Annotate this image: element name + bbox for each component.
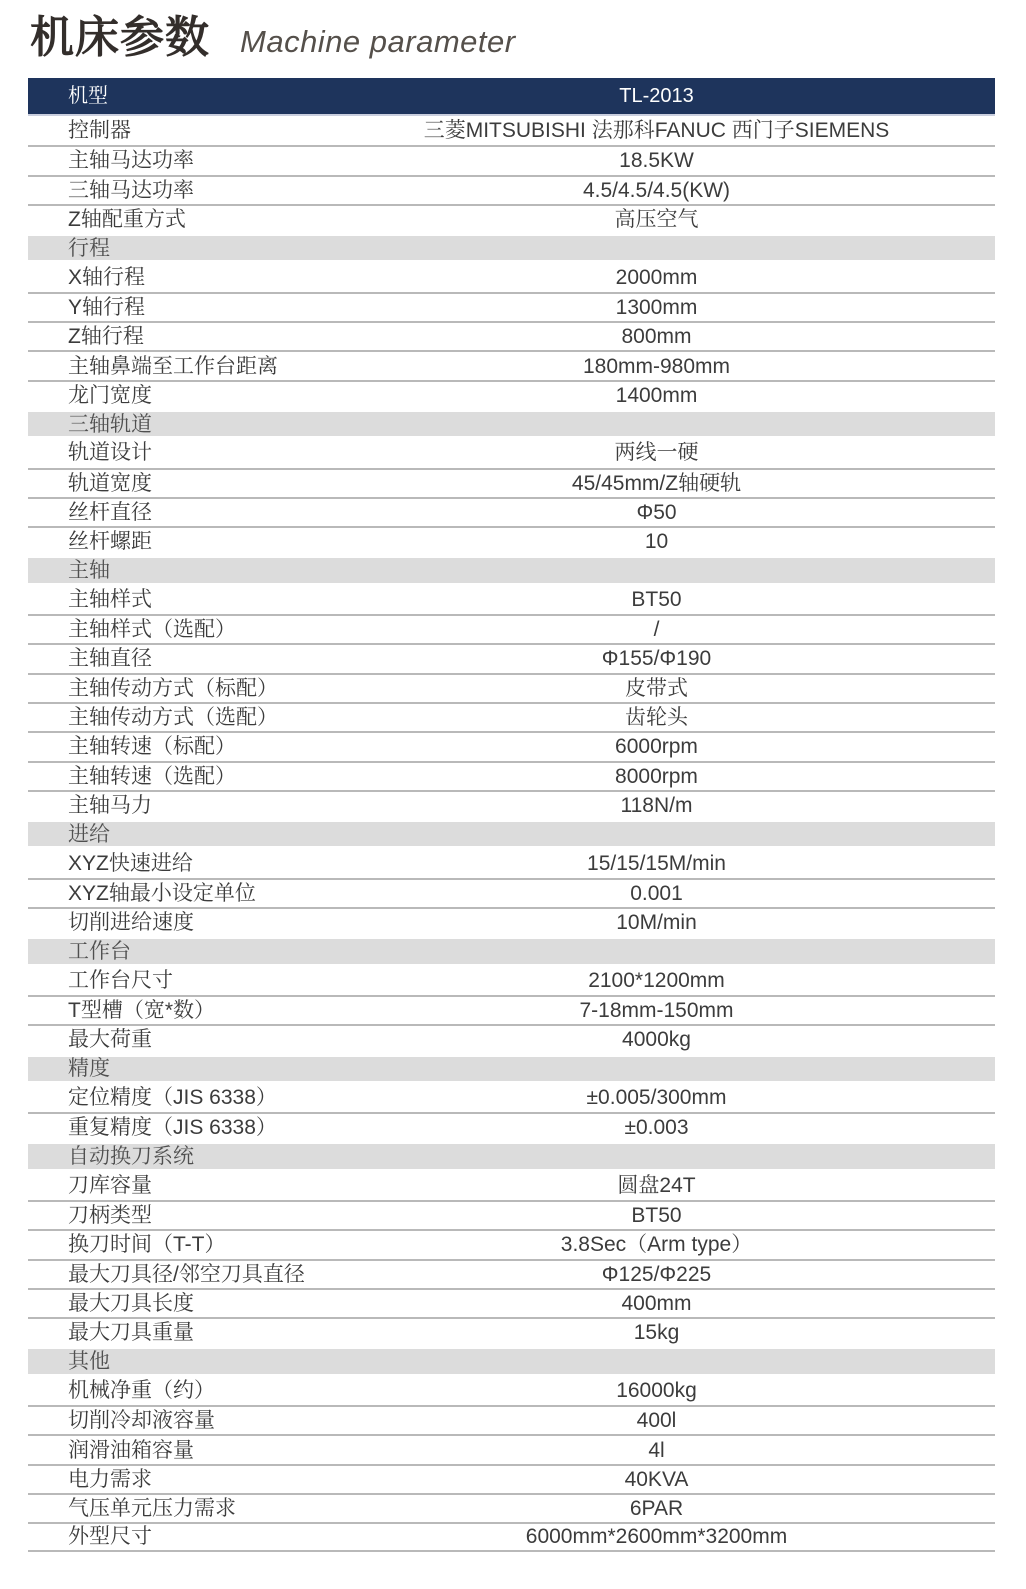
table-row: Y轴行程1300mm — [28, 292, 995, 321]
table-row: 刀库容量圆盘24T — [28, 1171, 995, 1200]
table-header-row: 机型 TL-2013 — [28, 78, 995, 116]
row-label: 润滑油箱容量 — [28, 1440, 318, 1461]
row-value: 6000rpm — [318, 736, 995, 757]
row-value: 2000mm — [318, 267, 995, 288]
row-value: 三菱MITSUBISHI 法那科FANUC 西门子SIEMENS — [318, 120, 995, 141]
row-value: 两线一硬 — [318, 442, 995, 463]
table-row: 切削进给速度10M/min — [28, 907, 995, 936]
row-label: 主轴鼻端至工作台距离 — [28, 356, 318, 377]
section-label: 三轴轨道 — [28, 414, 318, 435]
row-value: 10M/min — [318, 912, 995, 933]
row-value: 7-18mm-150mm — [318, 1000, 995, 1021]
row-value: 高压空气 — [318, 209, 995, 230]
row-value: 6PAR — [318, 1498, 995, 1519]
row-label: 最大刀具重量 — [28, 1322, 318, 1343]
row-value: 400mm — [318, 1293, 995, 1314]
table-row: 三轴马达功率4.5/4.5/4.5(KW) — [28, 175, 995, 204]
row-value: BT50 — [318, 589, 995, 610]
row-label: 电力需求 — [28, 1469, 318, 1490]
table-row: XYZ轴最小设定单位0.001 — [28, 878, 995, 907]
row-label: T型槽（宽*数） — [28, 1000, 318, 1021]
row-value: BT50 — [318, 1205, 995, 1226]
table-row: 最大刀具长度400mm — [28, 1288, 995, 1317]
row-label: 主轴样式（选配） — [28, 619, 318, 640]
spec-table: 机型 TL-2013 控制器三菱MITSUBISHI 法那科FANUC 西门子S… — [28, 78, 995, 1552]
row-label: 外型尺寸 — [28, 1526, 318, 1547]
table-row: 控制器三菱MITSUBISHI 法那科FANUC 西门子SIEMENS — [28, 116, 995, 145]
row-label: 丝杆螺距 — [28, 531, 318, 552]
row-value: 10 — [318, 531, 995, 552]
section-label: 精度 — [28, 1058, 318, 1079]
section-label: 进给 — [28, 824, 318, 845]
row-label: 工作台尺寸 — [28, 970, 318, 991]
row-label: 主轴转速（选配） — [28, 766, 318, 787]
row-value: 皮带式 — [318, 678, 995, 699]
row-value: 800mm — [318, 326, 995, 347]
row-label: 刀库容量 — [28, 1175, 318, 1196]
row-label: 龙门宽度 — [28, 385, 318, 406]
row-value: 4.5/4.5/4.5(KW) — [318, 180, 995, 201]
row-label: 切削冷却液容量 — [28, 1410, 318, 1431]
table-row: 重复精度（JIS 6338）±0.003 — [28, 1112, 995, 1141]
table-row: 切削冷却液容量400l — [28, 1405, 995, 1434]
row-value: 15kg — [318, 1322, 995, 1343]
row-label: 控制器 — [28, 120, 318, 141]
table-row: 最大刀具重量15kg — [28, 1317, 995, 1346]
row-value: 8000rpm — [318, 766, 995, 787]
table-row: Z轴配重方式高压空气 — [28, 204, 995, 233]
row-value: 180mm-980mm — [318, 356, 995, 377]
row-label: 机械净重（约） — [28, 1380, 318, 1401]
row-value: 18.5KW — [318, 150, 995, 171]
page-subtitle: Machine parameter — [240, 24, 516, 60]
section-label: 主轴 — [28, 560, 318, 581]
row-label: X轴行程 — [28, 267, 318, 288]
row-label: Z轴行程 — [28, 326, 318, 347]
table-row: 外型尺寸6000mm*2600mm*3200mm — [28, 1522, 995, 1551]
row-label: 主轴传动方式（标配） — [28, 678, 318, 699]
row-label: 轨道设计 — [28, 442, 318, 463]
row-label: XYZ快速进给 — [28, 853, 318, 874]
row-label: 丝杆直径 — [28, 502, 318, 523]
section-label: 工作台 — [28, 941, 318, 962]
row-label: 气压单元压力需求 — [28, 1498, 318, 1519]
section-row: 主轴 — [28, 555, 995, 584]
row-label: 轨道宽度 — [28, 473, 318, 494]
row-label: 刀柄类型 — [28, 1205, 318, 1226]
section-row: 精度 — [28, 1054, 995, 1083]
table-row: 最大荷重4000kg — [28, 1024, 995, 1053]
row-value: 40KVA — [318, 1469, 995, 1490]
section-row: 行程 — [28, 233, 995, 262]
row-label: 主轴样式 — [28, 589, 318, 610]
table-row: 主轴直径Φ155/Φ190 — [28, 643, 995, 672]
row-label: Z轴配重方式 — [28, 209, 318, 230]
row-value: 3.8Sec（Arm type） — [318, 1234, 995, 1255]
row-label: Y轴行程 — [28, 297, 318, 318]
row-label: 定位精度（JIS 6338） — [28, 1087, 318, 1108]
page-header: 机床参数 Machine parameter — [0, 0, 1026, 64]
row-value: ±0.003 — [318, 1117, 995, 1138]
row-value: 0.001 — [318, 883, 995, 904]
table-row: 丝杆直径Φ50 — [28, 497, 995, 526]
machine-parameter-page: 机床参数 Machine parameter 机型 TL-2013 控制器三菱M… — [0, 0, 1026, 1589]
row-value: 齿轮头 — [318, 707, 995, 728]
table-row: 气压单元压力需求6PAR — [28, 1493, 995, 1522]
row-value: 4l — [318, 1440, 995, 1461]
row-value: 45/45mm/Z轴硬轨 — [318, 473, 995, 494]
row-value: 1400mm — [318, 385, 995, 406]
row-label: 最大荷重 — [28, 1029, 318, 1050]
table-row: Z轴行程800mm — [28, 321, 995, 350]
section-row: 其他 — [28, 1346, 995, 1375]
row-value: Φ125/Φ225 — [318, 1264, 995, 1285]
table-row: 换刀时间（T-T）3.8Sec（Arm type） — [28, 1229, 995, 1258]
row-value: Φ50 — [318, 502, 995, 523]
row-label: 三轴马达功率 — [28, 180, 318, 201]
row-value: 4000kg — [318, 1029, 995, 1050]
row-label: 切削进给速度 — [28, 912, 318, 933]
row-label: 主轴传动方式（选配） — [28, 707, 318, 728]
table-row: 轨道宽度45/45mm/Z轴硬轨 — [28, 468, 995, 497]
row-value: ±0.005/300mm — [318, 1087, 995, 1108]
section-row: 三轴轨道 — [28, 409, 995, 438]
row-label: 主轴马达功率 — [28, 150, 318, 171]
table-row: 主轴样式（选配）/ — [28, 614, 995, 643]
section-label: 其他 — [28, 1351, 318, 1372]
table-row: 丝杆螺距10 — [28, 526, 995, 555]
row-label: 最大刀具径/邻空刀具直径 — [28, 1264, 318, 1285]
table-row: 工作台尺寸2100*1200mm — [28, 966, 995, 995]
row-label: 重复精度（JIS 6338） — [28, 1117, 318, 1138]
table-row: 主轴马力118N/m — [28, 790, 995, 819]
row-value: 400l — [318, 1410, 995, 1431]
row-value: 2100*1200mm — [318, 970, 995, 991]
table-row: X轴行程2000mm — [28, 262, 995, 291]
row-label: 换刀时间（T-T） — [28, 1234, 318, 1255]
section-row: 自动换刀系统 — [28, 1141, 995, 1170]
table-row: 刀柄类型BT50 — [28, 1200, 995, 1229]
row-label: XYZ轴最小设定单位 — [28, 883, 318, 904]
row-value: 15/15/15M/min — [318, 853, 995, 874]
table-row: XYZ快速进给15/15/15M/min — [28, 848, 995, 877]
table-row: 主轴传动方式（选配）齿轮头 — [28, 702, 995, 731]
row-value: / — [318, 619, 995, 640]
row-value: 16000kg — [318, 1380, 995, 1401]
section-row: 进给 — [28, 819, 995, 848]
row-label: 主轴直径 — [28, 648, 318, 669]
table-row: 润滑油箱容量4l — [28, 1434, 995, 1463]
table-row: 轨道设计两线一硬 — [28, 438, 995, 467]
table-row: 主轴样式BT50 — [28, 585, 995, 614]
table-header-label: 机型 — [28, 86, 318, 106]
section-row: 工作台 — [28, 936, 995, 965]
section-label: 自动换刀系统 — [28, 1146, 318, 1167]
row-value: Φ155/Φ190 — [318, 648, 995, 669]
table-row: 主轴鼻端至工作台距离180mm-980mm — [28, 350, 995, 379]
table-row: 最大刀具径/邻空刀具直径Φ125/Φ225 — [28, 1259, 995, 1288]
table-row: 主轴马达功率18.5KW — [28, 145, 995, 174]
table-row: T型槽（宽*数）7-18mm-150mm — [28, 995, 995, 1024]
row-value: 118N/m — [318, 795, 995, 816]
row-label: 主轴转速（标配） — [28, 736, 318, 757]
table-row: 主轴转速（选配）8000rpm — [28, 761, 995, 790]
table-row: 定位精度（JIS 6338）±0.005/300mm — [28, 1083, 995, 1112]
row-value: 圆盘24T — [318, 1175, 995, 1196]
table-row: 主轴传动方式（标配）皮带式 — [28, 673, 995, 702]
table-row: 龙门宽度1400mm — [28, 380, 995, 409]
row-value: 6000mm*2600mm*3200mm — [318, 1526, 995, 1547]
row-label: 主轴马力 — [28, 795, 318, 816]
section-label: 行程 — [28, 238, 318, 259]
table-header-value: TL-2013 — [318, 86, 995, 106]
table-body: 控制器三菱MITSUBISHI 法那科FANUC 西门子SIEMENS主轴马达功… — [28, 116, 995, 1552]
table-row: 主轴转速（标配）6000rpm — [28, 731, 995, 760]
row-value: 1300mm — [318, 297, 995, 318]
row-label: 最大刀具长度 — [28, 1293, 318, 1314]
page-title: 机床参数 — [30, 14, 210, 62]
table-row: 电力需求40KVA — [28, 1464, 995, 1493]
table-row: 机械净重（约）16000kg — [28, 1376, 995, 1405]
